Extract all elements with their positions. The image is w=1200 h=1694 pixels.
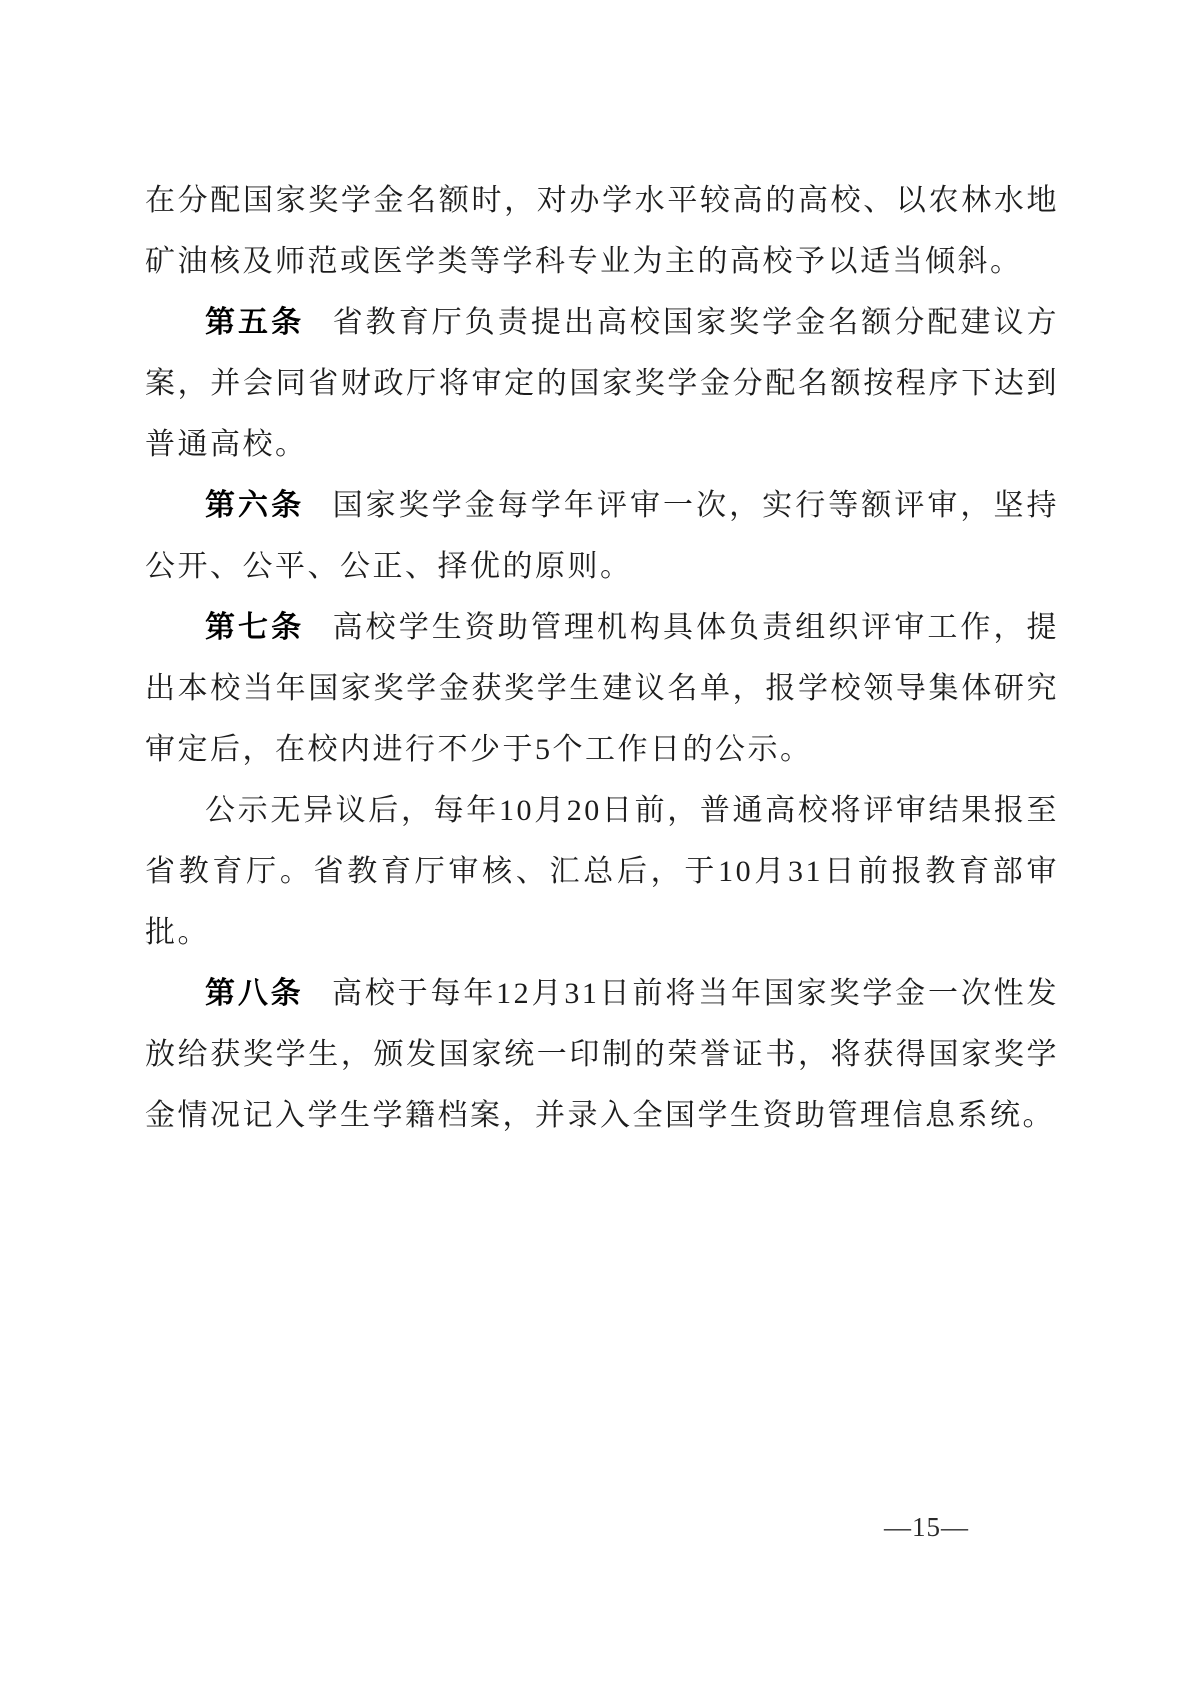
article-label: 第七条 bbox=[205, 611, 304, 644]
article-label: 第五条 bbox=[205, 306, 304, 339]
document-body: 在分配国家奖学金名额时，对办学水平较高的高校、以农林水地矿油核及师范或医学类等学… bbox=[145, 170, 1059, 1146]
paragraph-article-5: 第五条省教育厅负责提出高校国家奖学金名额分配建议方案，并会同省财政厅将审定的国家… bbox=[145, 292, 1059, 475]
paragraph-article-6: 第六条国家奖学金每学年评审一次，实行等额评审，坚持公开、公平、公正、择优的原则。 bbox=[145, 475, 1059, 597]
page-number: —15— bbox=[884, 1512, 969, 1543]
paragraph-text: 在分配国家奖学金名额时，对办学水平较高的高校、以农林水地矿油核及师范或医学类等学… bbox=[145, 184, 1059, 278]
paragraph-text: 公示无异议后，每年10月20日前，普通高校将评审结果报至省教育厅。省教育厅审核、… bbox=[145, 794, 1059, 949]
article-label: 第六条 bbox=[205, 489, 304, 522]
article-label: 第八条 bbox=[205, 977, 304, 1010]
paragraph-article-7: 第七条高校学生资助管理机构具体负责组织评审工作，提出本校当年国家奖学金获奖学生建… bbox=[145, 597, 1059, 780]
paragraph-article-8: 第八条高校于每年12月31日前将当年国家奖学金一次性发放给获奖学生，颁发国家统一… bbox=[145, 963, 1059, 1146]
paragraph-continuation: 在分配国家奖学金名额时，对办学水平较高的高校、以农林水地矿油核及师范或医学类等学… bbox=[145, 170, 1059, 292]
document-page: 在分配国家奖学金名额时，对办学水平较高的高校、以农林水地矿油核及师范或医学类等学… bbox=[0, 0, 1200, 1694]
paragraph-publicity: 公示无异议后，每年10月20日前，普通高校将评审结果报至省教育厅。省教育厅审核、… bbox=[145, 780, 1059, 963]
